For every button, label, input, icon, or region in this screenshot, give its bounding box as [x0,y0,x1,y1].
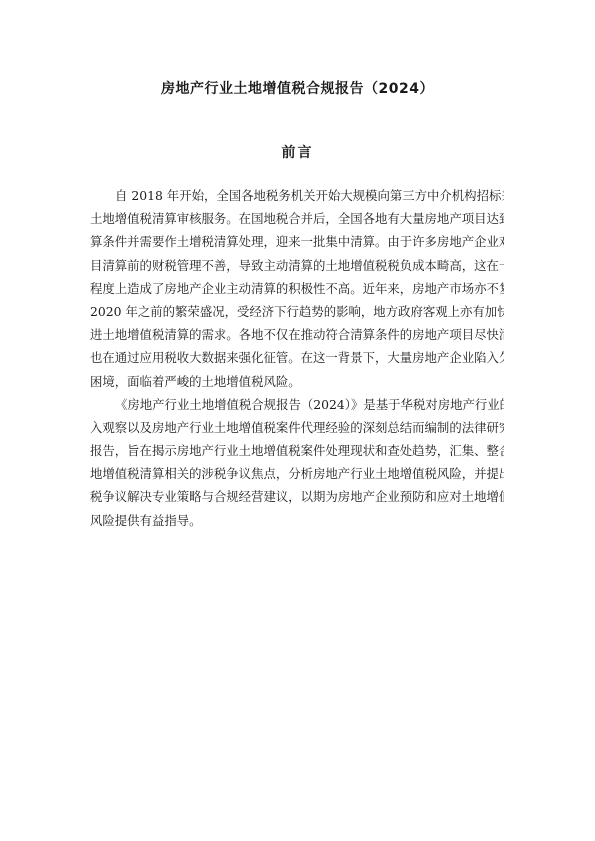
section-heading-preface: 前言 [0,142,595,162]
text-line: 也在通过应用税收大数据来强化征管。在这一背景下，大量房地产企业陷入欠税 [90,346,504,369]
text-line: 地增值税清算相关的涉税争议焦点，分析房地产行业土地增值税风险，并提出涉 [90,462,504,485]
text-line: 自 2018 年开始，全国各地税务机关开始大规模向第三方中介机构招标采购 [90,184,504,207]
text-line: 进土地增值税清算的需求。各地不仅在推动符合清算条件的房地产项目尽快清算， [90,323,504,346]
text-line: 目清算前的财税管理不善，导致主动清算的土地增值税税负成本畸高，这在一定 [90,254,504,277]
text-line: 报告，旨在揭示房地产行业土地增值税案件处理现状和查处趋势，汇集、整合土 [90,439,504,462]
text-line: 入观察以及房地产行业土地增值税案件代理经验的深刻总结而编制的法律研究 [90,416,504,439]
paragraph-1: 自 2018 年开始，全国各地税务机关开始大规模向第三方中介机构招标采购 土地增… [90,184,504,393]
paragraph-2: 《房地产行业土地增值税合规报告（2024）》是基于华税对房地产行业的深 入观察以… [90,393,504,532]
text-line: 风险提供有益指导。 [90,509,504,532]
report-title: 房地产行业土地增值税合规报告（2024） [0,78,595,98]
text-line: 算条件并需要作土增税清算处理，迎来一批集中清算。由于许多房地产企业对项 [90,230,504,253]
text-line: 困境，面临着严峻的土地增值税风险。 [90,370,504,393]
text-line: 2020 年之前的繁荣盛况，受经济下行趋势的影响，地方政府客观上亦有加快推 [90,300,504,323]
text-line: 税争议解决专业策略与合规经营建议，以期为房地产企业预防和应对土地增值税 [90,485,504,508]
document-body: 自 2018 年开始，全国各地税务机关开始大规模向第三方中介机构招标采购 土地增… [90,184,504,532]
text-line: 土地增值税清算审核服务。在国地税合并后，全国各地有大量房地产项目达到清 [90,207,504,230]
text-line: 程度上造成了房地产企业主动清算的积极性不高。近年来，房地产市场亦不复 [90,277,504,300]
text-line: 《房地产行业土地增值税合规报告（2024）》是基于华税对房地产行业的深 [90,393,504,416]
